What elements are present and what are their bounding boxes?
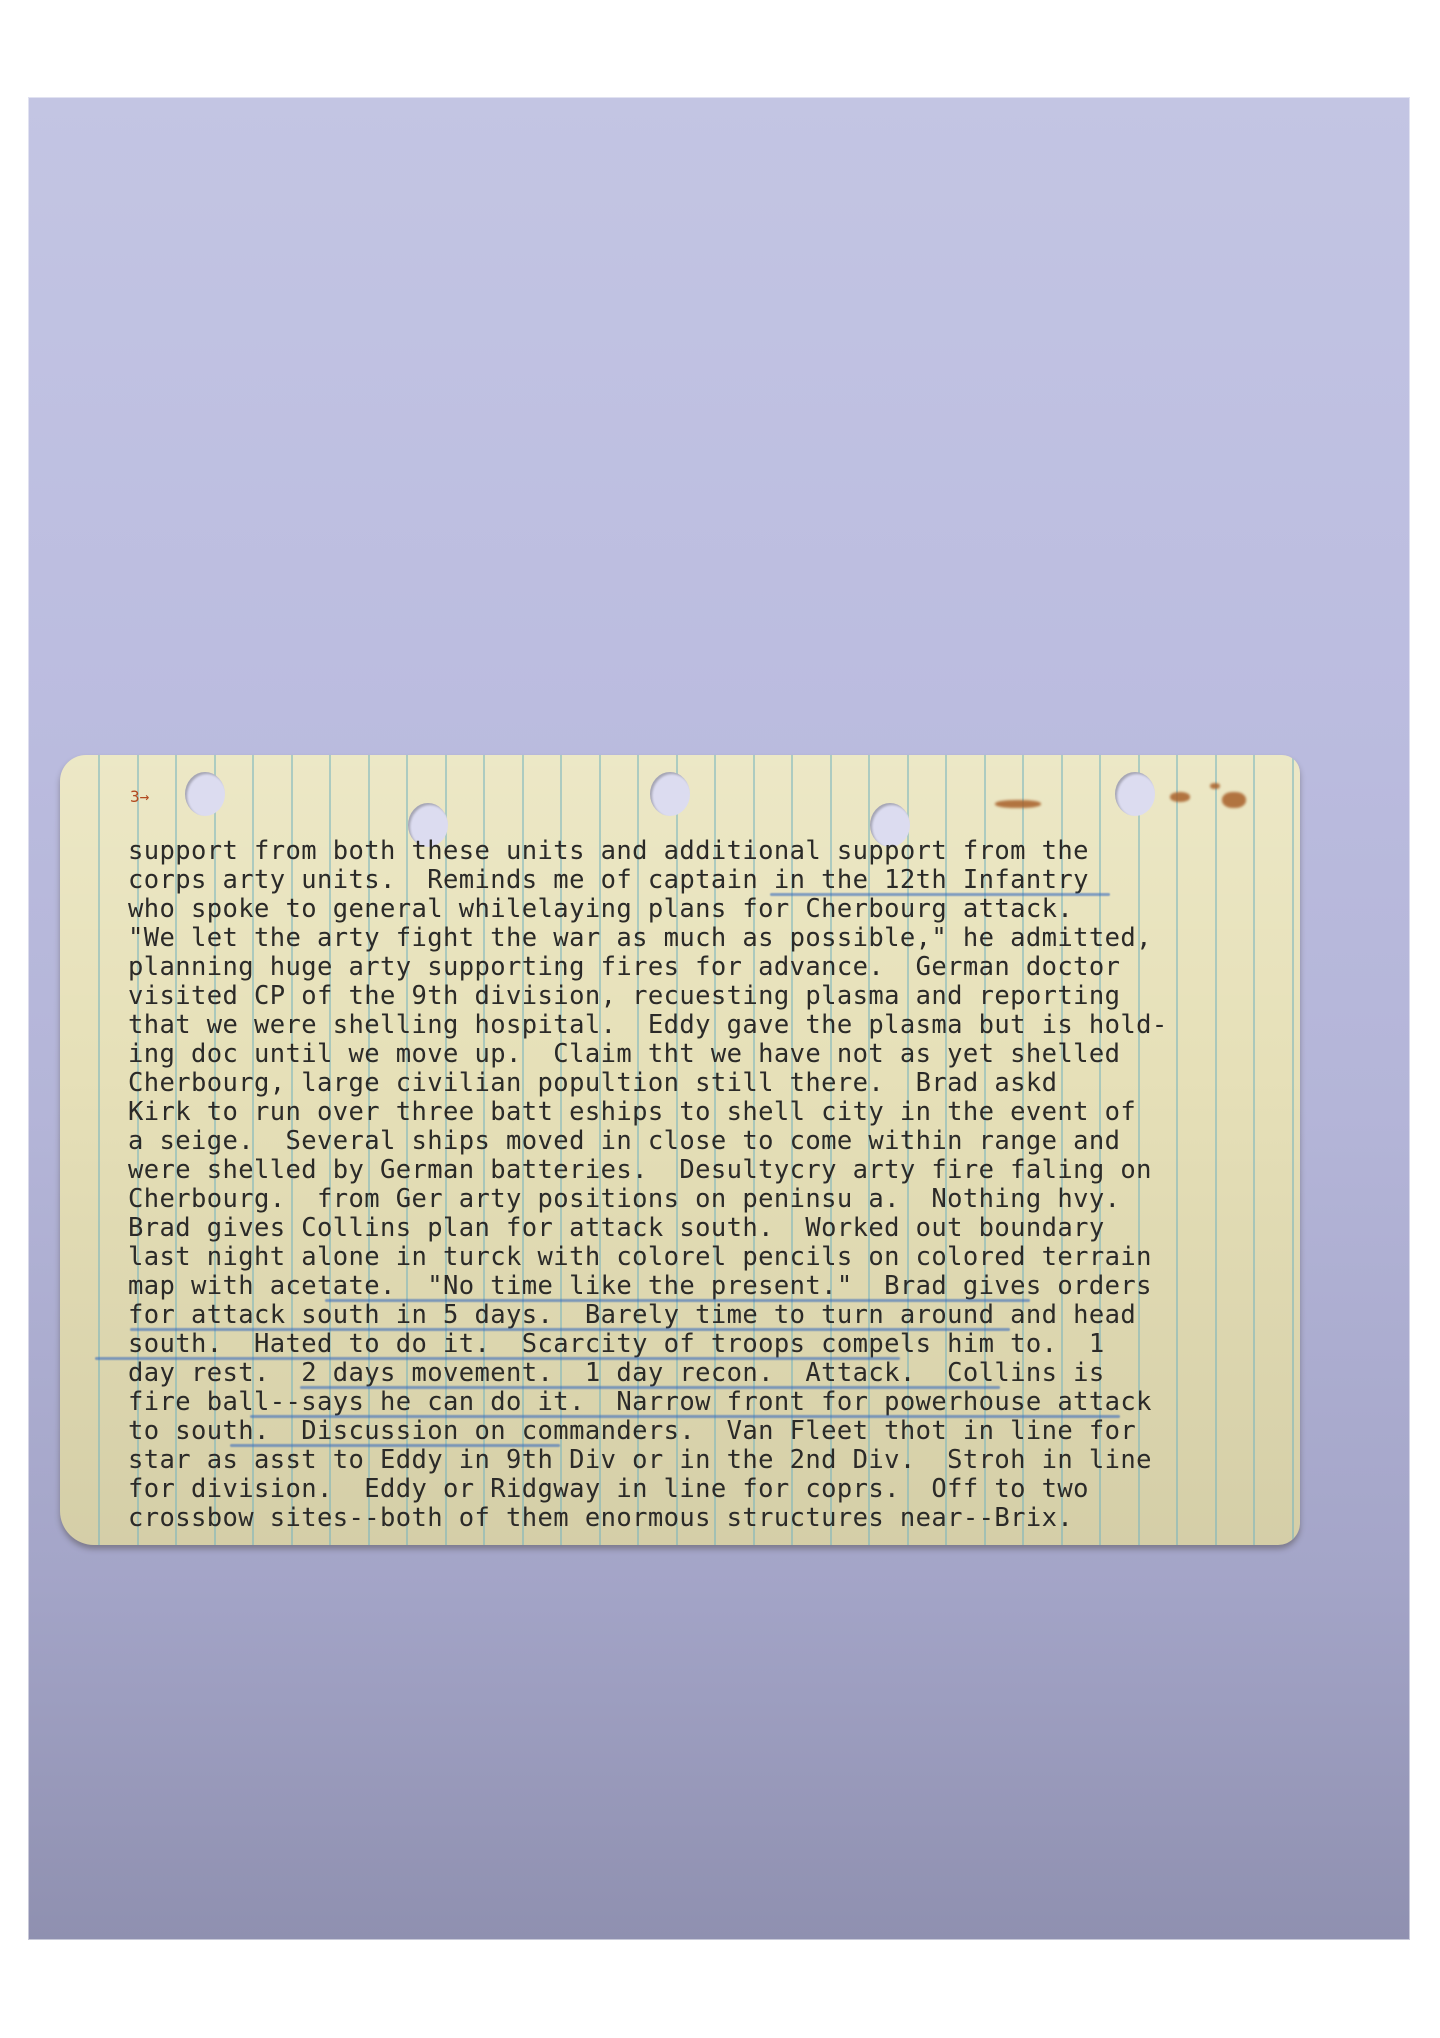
text-line: to south. Discussion on commanders. Van …	[128, 1417, 1270, 1446]
pencil-underline	[770, 893, 1110, 896]
index-card: 3→ support from both these units and add…	[60, 755, 1300, 1545]
rust-stain	[995, 800, 1041, 808]
text-line: corps arty units. Reminds me of captain …	[128, 866, 1270, 895]
text-line: fire ball--says he can do it. Narrow fro…	[128, 1388, 1270, 1417]
pencil-underline	[230, 1444, 560, 1447]
text-line: map with acetate. "No time like the pres…	[128, 1272, 1270, 1301]
text-line: "We let the arty fight the war as much a…	[128, 924, 1270, 953]
text-line: for attack south in 5 days. Barely time …	[128, 1301, 1270, 1330]
text-line: visited CP of the 9th division, recuesti…	[128, 982, 1270, 1011]
text-line: were shelled by German batteries. Desult…	[128, 1156, 1270, 1185]
rust-stain	[1210, 783, 1220, 789]
pencil-underline	[130, 1328, 1010, 1331]
text-line: Kirk to run over three batt eships to sh…	[128, 1098, 1270, 1127]
typewritten-text: support from both these units and additi…	[128, 837, 1270, 1533]
margin-mark: 3→	[130, 787, 149, 806]
pencil-underline	[300, 1386, 1000, 1389]
punch-hole	[185, 772, 225, 816]
rust-stain	[1222, 792, 1246, 808]
pencil-underline	[325, 1299, 1030, 1302]
text-line: a seige. Several ships moved in close to…	[128, 1127, 1270, 1156]
text-line: south. Hated to do it. Scarcity of troop…	[128, 1330, 1270, 1359]
text-line: support from both these units and additi…	[128, 837, 1270, 866]
punch-hole	[1115, 772, 1155, 816]
text-line: crossbow sites--both of them enormous st…	[128, 1504, 1270, 1533]
text-line: last night alone in turck with colorel p…	[128, 1243, 1270, 1272]
punch-hole	[650, 772, 690, 816]
text-line: Cherbourg, large civilian popultion stil…	[128, 1069, 1270, 1098]
text-line: that we were shelling hospital. Eddy gav…	[128, 1011, 1270, 1040]
text-line: for division. Eddy or Ridgway in line fo…	[128, 1475, 1270, 1504]
text-line: Brad gives Collins plan for attack south…	[128, 1214, 1270, 1243]
rule-line	[1292, 755, 1294, 1545]
text-line: Cherbourg. from Ger arty positions on pe…	[128, 1185, 1270, 1214]
text-line: day rest. 2 days movement. 1 day recon. …	[128, 1359, 1270, 1388]
text-line: planning huge arty supporting fires for …	[128, 953, 1270, 982]
pencil-underline	[95, 1357, 900, 1360]
pencil-underline	[250, 1415, 1120, 1418]
text-line: ing doc until we move up. Claim tht we h…	[128, 1040, 1270, 1069]
rule-line	[98, 755, 100, 1545]
text-line: star as asst to Eddy in 9th Div or in th…	[128, 1446, 1270, 1475]
text-line: who spoke to general whilelaying plans f…	[128, 895, 1270, 924]
rust-stain	[1170, 792, 1190, 802]
